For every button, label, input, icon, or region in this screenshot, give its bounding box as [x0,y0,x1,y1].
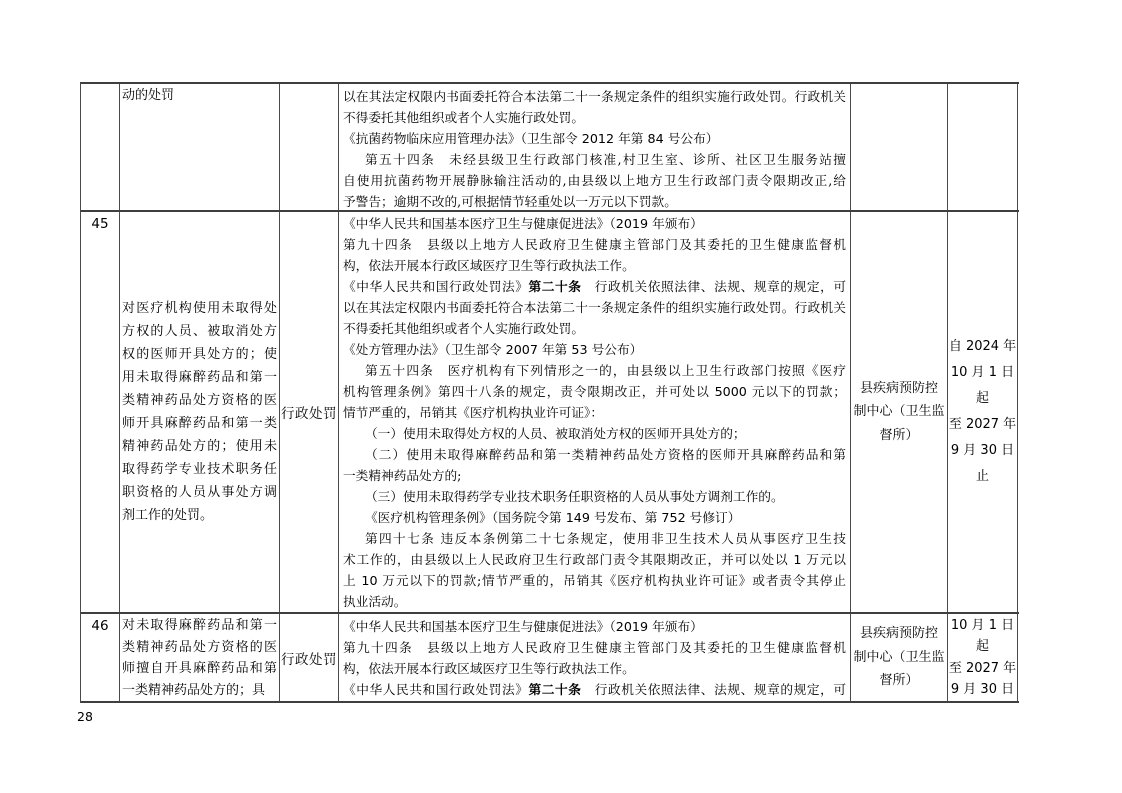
basis-line: 《抗菌药物临床应用管理办法》（卫生部令 2012 年第 84 号公布） [343,128,846,149]
agency-line: 制中心（卫生监 [853,400,944,424]
row-number: 46 [81,618,119,634]
table-row: 45对医疗机构使用未取得处方权的人员、被取消处方权的医师开具处方的；使用未取得麻… [81,212,1019,614]
basis-line: 第四十七条 违反本条例第二十七条规定，使用非卫生技术人员从事医疗卫生技 [343,528,846,549]
matter-text: 对医疗机构使用未取得处方权的人员、被取消处方权的医师开具处方的；使用未取得麻醉药… [122,297,277,527]
document-table: 动的处罚以在其法定权限内书面委托符合本法第二十一条规定条件的组织实施行政处罚。行… [80,82,1019,703]
period-line: 自 2024 年 [949,334,1016,360]
row-number-cell: 45 [81,212,120,612]
basis-line: （三）使用未取得药学专业技术职务任职资格的人员从事处方调剂工作的。 [343,486,846,507]
row-number-cell: 46 [81,614,120,701]
legal-basis-cell: 以在其法定权限内书面委托符合本法第二十一条规定条件的组织实施行政处罚。行政机关不… [339,84,851,210]
basis-line: 《中华人民共和国基本医疗卫生与健康促进法》（2019 年颁布） [343,616,846,637]
basis-line: 不得委托其他组织或者个人实施行政处罚。 [343,318,846,339]
period-line: 10 月 1 日起 [948,615,1017,658]
basis-line: 《医疗机构管理条例》（国务院令第 149 号发布、第 752 号修订） [343,507,846,528]
basis-line: 予警告；逾期不改的,可根据情节轻重处以一万元以下罚款。 [343,191,846,210]
basis-line: 机构管理条例》第四十八条的规定，责令限期改正，并可处以 5000 元以下的罚款； [343,381,846,402]
period-line: 至 2027 年 [949,658,1016,680]
agency-line: 制中心（卫生监 [853,646,944,670]
table-row: 动的处罚以在其法定权限内书面委托符合本法第二十一条规定条件的组织实施行政处罚。行… [81,84,1019,212]
matter-cell: 对医疗机构使用未取得处方权的人员、被取消处方权的医师开具处方的；使用未取得麻醉药… [120,212,280,612]
basis-line: 一类精神药品处方的; [343,465,846,486]
agency-cell: 县疾病预防控制中心（卫生监督所） [851,212,948,612]
basis-line: （二）使用未取得麻醉药品和第一类精神药品处方资格的医师开具麻醉药品和第 [343,444,846,465]
period-cell: 自 2024 年10 月 1 日起至 2027 年9 月 30 日止 [948,212,1018,612]
penalty-type-cell: 行政处罚 [280,212,339,612]
basis-line: 第五十四条 未经县级卫生行政部门核准,村卫生室、诊所、社区卫生服务站擅 [343,149,846,170]
matter-text: 对未取得麻醉药品和第一类精神药品处方资格的医师擅自开具麻醉药品和第一类精神药品处… [122,615,277,701]
document-page: 动的处罚以在其法定权限内书面委托符合本法第二十一条规定条件的组织实施行政处罚。行… [0,0,1122,793]
basis-line: 执业活动。 [343,591,846,612]
penalty-type-cell: 行政处罚 [280,614,339,701]
period-line: 10 月 1 日起 [948,360,1017,412]
agency-cell [851,84,948,210]
agency-cell: 县疾病预防控制中心（卫生监督所） [851,614,948,701]
page-number: 28 [77,709,93,724]
basis-line: 第九十四条 县级以上地方人民政府卫生健康主管部门及其委托的卫生健康监督机 [343,234,846,255]
agency-line: 县疾病预防控 [860,377,938,401]
legal-basis-cell: 《中华人民共和国基本医疗卫生与健康促进法》（2019 年颁布）第九十四条 县级以… [339,212,851,612]
matter-cell: 动的处罚 [120,84,280,210]
basis-line: 以在其法定权限内书面委托符合本法第二十一条规定条件的组织实施行政处罚。行政机关 [343,297,846,318]
basis-line: （一）使用未取得处方权的人员、被取消处方权的医师开具处方的； [343,423,846,444]
basis-line: 《中华人民共和国行政处罚法》第二十条 行政机关依照法律、法规、规章的规定，可 [343,276,846,297]
basis-line: 不得委托其他组织或者个人实施行政处罚。 [343,107,846,128]
row-number: 45 [81,216,119,232]
basis-line: 《处方管理办法》（卫生部令 2007 年第 53 号公布） [343,339,846,360]
matter-cell: 对未取得麻醉药品和第一类精神药品处方资格的医师擅自开具麻醉药品和第一类精神药品处… [120,614,280,701]
basis-line: 上 10 万元以下的罚款;情节严重的，吊销其《医疗机构执业许可证》或者责令其停止 [343,570,846,591]
basis-line: 《中华人民共和国基本医疗卫生与健康促进法》（2019 年颁布） [343,213,846,234]
period-line: 至 2027 年 [949,412,1016,438]
basis-line: 情节严重的，吊销其《医疗机构执业许可证》： [343,402,846,423]
legal-basis-cell: 《中华人民共和国基本医疗卫生与健康促进法》（2019 年颁布）第九十四条 县级以… [339,614,851,701]
period-cell [948,84,1018,210]
matter-text: 动的处罚 [122,85,277,107]
basis-line: 构，依法开展本行政区域医疗卫生等行政执法工作。 [343,658,846,679]
row-number-cell [81,84,120,210]
period-cell: 自 2024 年10 月 1 日起至 2027 年9 月 30 日止 [948,614,1018,701]
penalty-type-cell [280,84,339,210]
basis-line: 自使用抗菌药物开展静脉输注活动的,由县级以上地方卫生行政部门责令限期改正,给 [343,170,846,191]
penalty-type: 行政处罚 [281,402,337,422]
basis-line: 第九十四条 县级以上地方人民政府卫生健康主管部门及其委托的卫生健康监督机 [343,637,846,658]
period-line: 9 月 30 日止 [948,679,1017,701]
table-row: 46对未取得麻醉药品和第一类精神药品处方资格的医师擅自开具麻醉药品和第一类精神药… [81,614,1019,703]
basis-line: 第五十四条 医疗机构有下列情形之一的，由县级以上卫生行政部门按照《医疗 [343,360,846,381]
agency-line: 督所） [879,669,918,693]
basis-line: 构，依法开展本行政区域医疗卫生等行政执法工作。 [343,255,846,276]
agency-line: 督所） [879,424,918,448]
basis-line: 术工作的，由县级以上人民政府卫生行政部门责令其限期改正，并可以处以 1 万元以 [343,549,846,570]
basis-line: 以在其法定权限内书面委托符合本法第二十一条规定条件的组织实施行政处罚。行政机关 [343,86,846,107]
basis-line: 《中华人民共和国行政处罚法》第二十条 行政机关依照法律、法规、规章的规定，可 [343,679,846,700]
agency-line: 县疾病预防控 [860,622,938,646]
period-line: 9 月 30 日止 [948,438,1017,490]
penalty-type: 行政处罚 [281,648,337,668]
